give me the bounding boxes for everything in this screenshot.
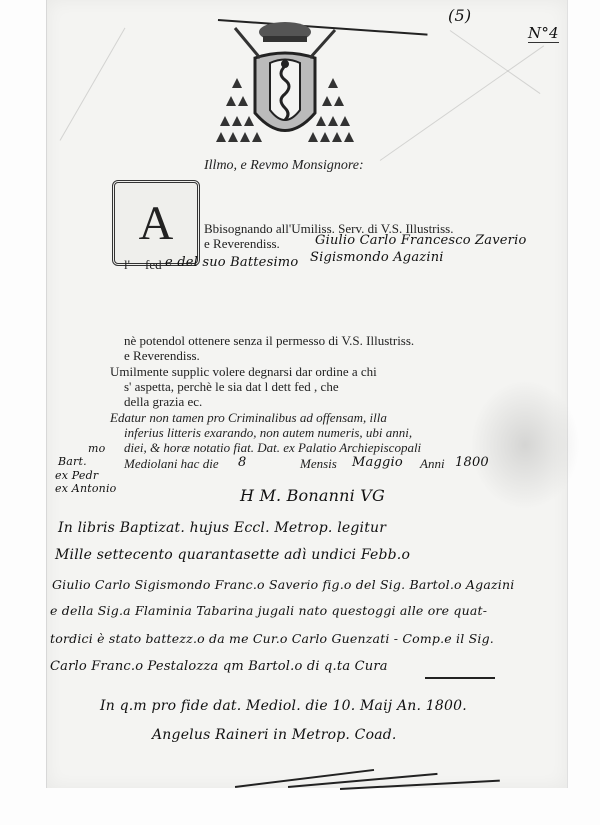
latin-line-2: inferius litteris exarando, non autem nu…: [124, 425, 412, 441]
handwritten-name-2: Sigismondo Agazini: [310, 250, 444, 265]
folio-number: (5): [448, 6, 471, 25]
decorative-initial: A: [112, 180, 200, 266]
margin-note-1: Bart.: [58, 455, 87, 468]
margin-note-3: ex Antonio: [55, 482, 117, 495]
request-line-8: della grazia ec.: [124, 394, 202, 410]
request-line-4: nè potendol ottenere senza il permesso d…: [124, 333, 414, 349]
request-line-3-handwritten: e del suo Battesimo: [165, 255, 298, 270]
certificate-line-5: tordici è stato battezz.o da me Cur.o Ca…: [50, 631, 494, 646]
request-line-2: e Reverendiss.: [204, 236, 280, 252]
request-line-7: s' aspetta, perchè le sia dat l dett fed…: [124, 379, 339, 395]
certificate-signature: Angelus Raineri in Metrop. Coad.: [152, 727, 397, 743]
margin-note-2: ex Pedr: [55, 469, 98, 482]
certificate-line-6: Carlo Franc.o Pestalozza qm Bartol.o di …: [50, 659, 388, 674]
latin-line-3: diei, & horæ notatio fiat. Dat. ex Palat…: [124, 440, 421, 456]
certificate-line-1: In libris Baptizat. hujus Eccl. Metrop. …: [58, 520, 386, 536]
document-number: N°4: [528, 24, 559, 43]
latin-mensis: Mensis: [300, 456, 337, 472]
latin-day: 8: [238, 455, 246, 470]
request-line-3-printed: fed: [145, 257, 162, 273]
line-end-stroke: [425, 677, 495, 679]
approval-signature: H M. Bonanni VG: [240, 486, 385, 505]
coat-of-arms-icon: [215, 18, 355, 150]
latin-year: 1800: [455, 455, 489, 470]
initial-letter: A: [139, 196, 174, 251]
request-line-5: e Reverendiss.: [124, 348, 200, 364]
handwritten-name-1: Giulio Carlo Francesco Zaverio: [315, 233, 526, 248]
latin-anni: Anni: [420, 456, 445, 472]
latin-line-4-prefix: Mediolani hac die: [124, 456, 219, 472]
latin-line-1: Edatur non tamen pro Criminalibus ad off…: [110, 410, 387, 426]
margin-note-0: mo: [88, 442, 105, 455]
certificate-line-7: In q.m pro fide dat. Mediol. die 10. Mai…: [100, 698, 467, 714]
seal-stain: [470, 380, 580, 510]
salutation: Illmo, e Revmo Monsignore:: [204, 158, 364, 174]
request-line-3-prefix: l': [124, 257, 130, 273]
certificate-line-4: e della Sig.a Flaminia Tabarina jugali n…: [50, 603, 487, 618]
certificate-line-3: Giulio Carlo Sigismondo Franc.o Saverio …: [52, 577, 514, 592]
certificate-line-2: Mille settecento quarantasette adì undic…: [55, 547, 410, 563]
latin-month: Maggio: [352, 455, 403, 470]
request-line-6: Umilmente supplic volere degnarsi dar or…: [110, 364, 377, 380]
